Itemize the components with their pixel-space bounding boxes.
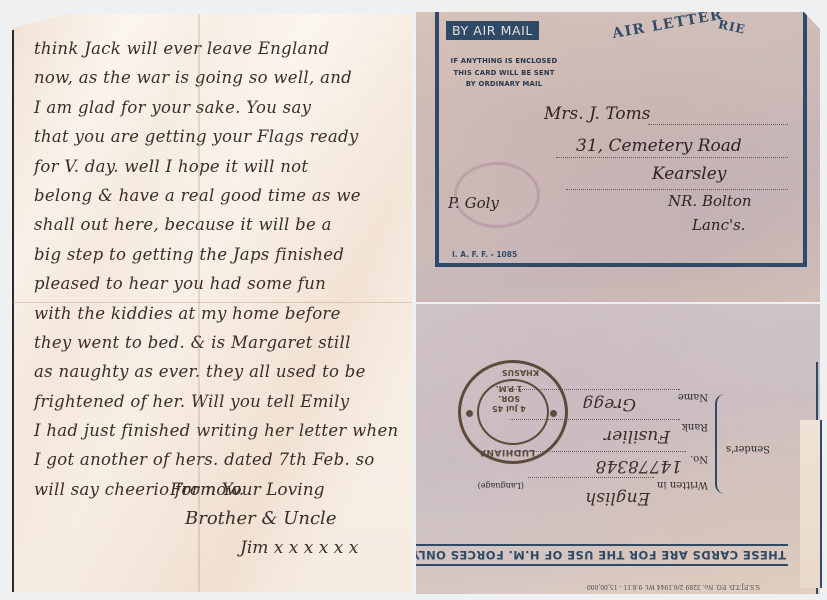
address-name: Mrs. J. Toms [544, 104, 650, 124]
letter-line: belong & have a real good time as we [34, 181, 419, 210]
sender-number-value: 14778348 [595, 456, 682, 476]
letter-line: I had just finished writing her letter w… [34, 416, 419, 445]
sender-language-value: English [585, 488, 650, 508]
letter-line: as naughty as ever. they all used to be [34, 357, 419, 386]
postmark-date-line: 1 P.M. [489, 383, 529, 393]
printer-code: S.S.P.J.T.D. P.O. No. 3289 2/6.1944 Wt. … [587, 583, 760, 590]
letter-line: think Jack will ever leave England [34, 34, 419, 63]
airmail-note-line: IF ANYTHING IS ENCLOSED [440, 56, 568, 68]
letter-body: think Jack will ever leave England now, … [34, 34, 419, 504]
folded-flap-edge [800, 420, 822, 588]
sender-heading: Sender's [726, 443, 770, 454]
postmark-stamp: LUDHIANA 4 Jul 45 SOR. 1 P.M. KHASUS [458, 360, 568, 464]
air-letter-address-panel: BY AIR MAIL IF ANYTHING IS ENCLOSED THIS… [416, 12, 820, 302]
letter-line: I got another of hers. dated 7th Feb. so [34, 445, 419, 474]
letter-line: big step to getting the Japs finished [34, 240, 419, 269]
postmark-inner-ring: 4 Jul 45 SOR. 1 P.M. [477, 379, 549, 445]
sender-rank-value: Fusilier [604, 426, 670, 446]
postmark-top-text: LUDHIANA [478, 447, 535, 457]
postmark-dot [550, 410, 557, 417]
postmark-date: 4 Jul 45 SOR. 1 P.M. [489, 383, 529, 413]
sender-name-value: Gregg [582, 394, 636, 414]
signoff-relation: Brother & Uncle [185, 504, 358, 534]
letter-line: frightened of her. Will you tell Emily [34, 387, 419, 416]
censor-code: I. A. F. F. - 1085 [452, 250, 517, 259]
postmark-date-line: SOR. [489, 393, 529, 403]
sender-bracket [715, 394, 725, 494]
address-street: 31, Cemetery Road [576, 136, 742, 156]
sender-panel-rotated: Sender's Name Gregg Rank Fusilier No. 14… [416, 304, 820, 594]
letter-line: I am glad for your sake. You say [34, 93, 419, 122]
letter-line: now, as the war is going so well, and [34, 63, 419, 92]
airmail-note: IF ANYTHING IS ENCLOSED THIS CARD WILL B… [440, 56, 568, 91]
address-county: Lanc's. [692, 216, 746, 234]
censor-signature: P. Goly [448, 194, 499, 212]
sender-label-written-in: Written in [657, 479, 708, 490]
sender-dotted-line [528, 477, 654, 478]
airmail-note-line: BY ORDINARY MAIL [440, 79, 568, 91]
letter-line: with the kiddies at my home before [34, 299, 419, 328]
address-area: NR. Bolton [668, 192, 752, 210]
letter-line: pleased to hear you had some fun [34, 269, 419, 298]
sender-label-rank: Rank [682, 421, 708, 432]
letter-line: for V. day. well I hope it will not [34, 152, 419, 181]
postmark-bottom-text: KHASUS [502, 368, 539, 377]
letter-line: they went to bed. & is Margaret still [34, 328, 419, 357]
sender-label-number: No. [690, 453, 708, 464]
signoff-signature: Jim x x x x x x [240, 534, 358, 562]
postmark-dot [466, 410, 473, 417]
air-letter-sender-panel: Sender's Name Gregg Rank Fusilier No. 14… [416, 304, 820, 594]
address-dotted-line [566, 189, 788, 190]
address-town: Kearsley [652, 164, 726, 184]
forces-only-notice: THESE CARDS ARE FOR THE USE OF H.M. FORC… [416, 544, 788, 566]
address-dotted-line [648, 124, 788, 125]
letter-line: shall out here, because it will be a [34, 210, 419, 239]
sender-label-name: Name [678, 391, 708, 402]
letter-page: think Jack will ever leave England now, … [12, 14, 412, 592]
letter-line: that you are getting your Flags ready [34, 122, 419, 151]
airmail-note-line: THIS CARD WILL BE SENT [440, 68, 568, 80]
airmail-badge: BY AIR MAIL [446, 21, 539, 40]
address-dotted-line [556, 157, 788, 158]
sender-language-suffix: (Language) [478, 481, 524, 490]
postmark-date-line: 4 Jul 45 [489, 403, 529, 413]
fold-crease [198, 14, 200, 592]
